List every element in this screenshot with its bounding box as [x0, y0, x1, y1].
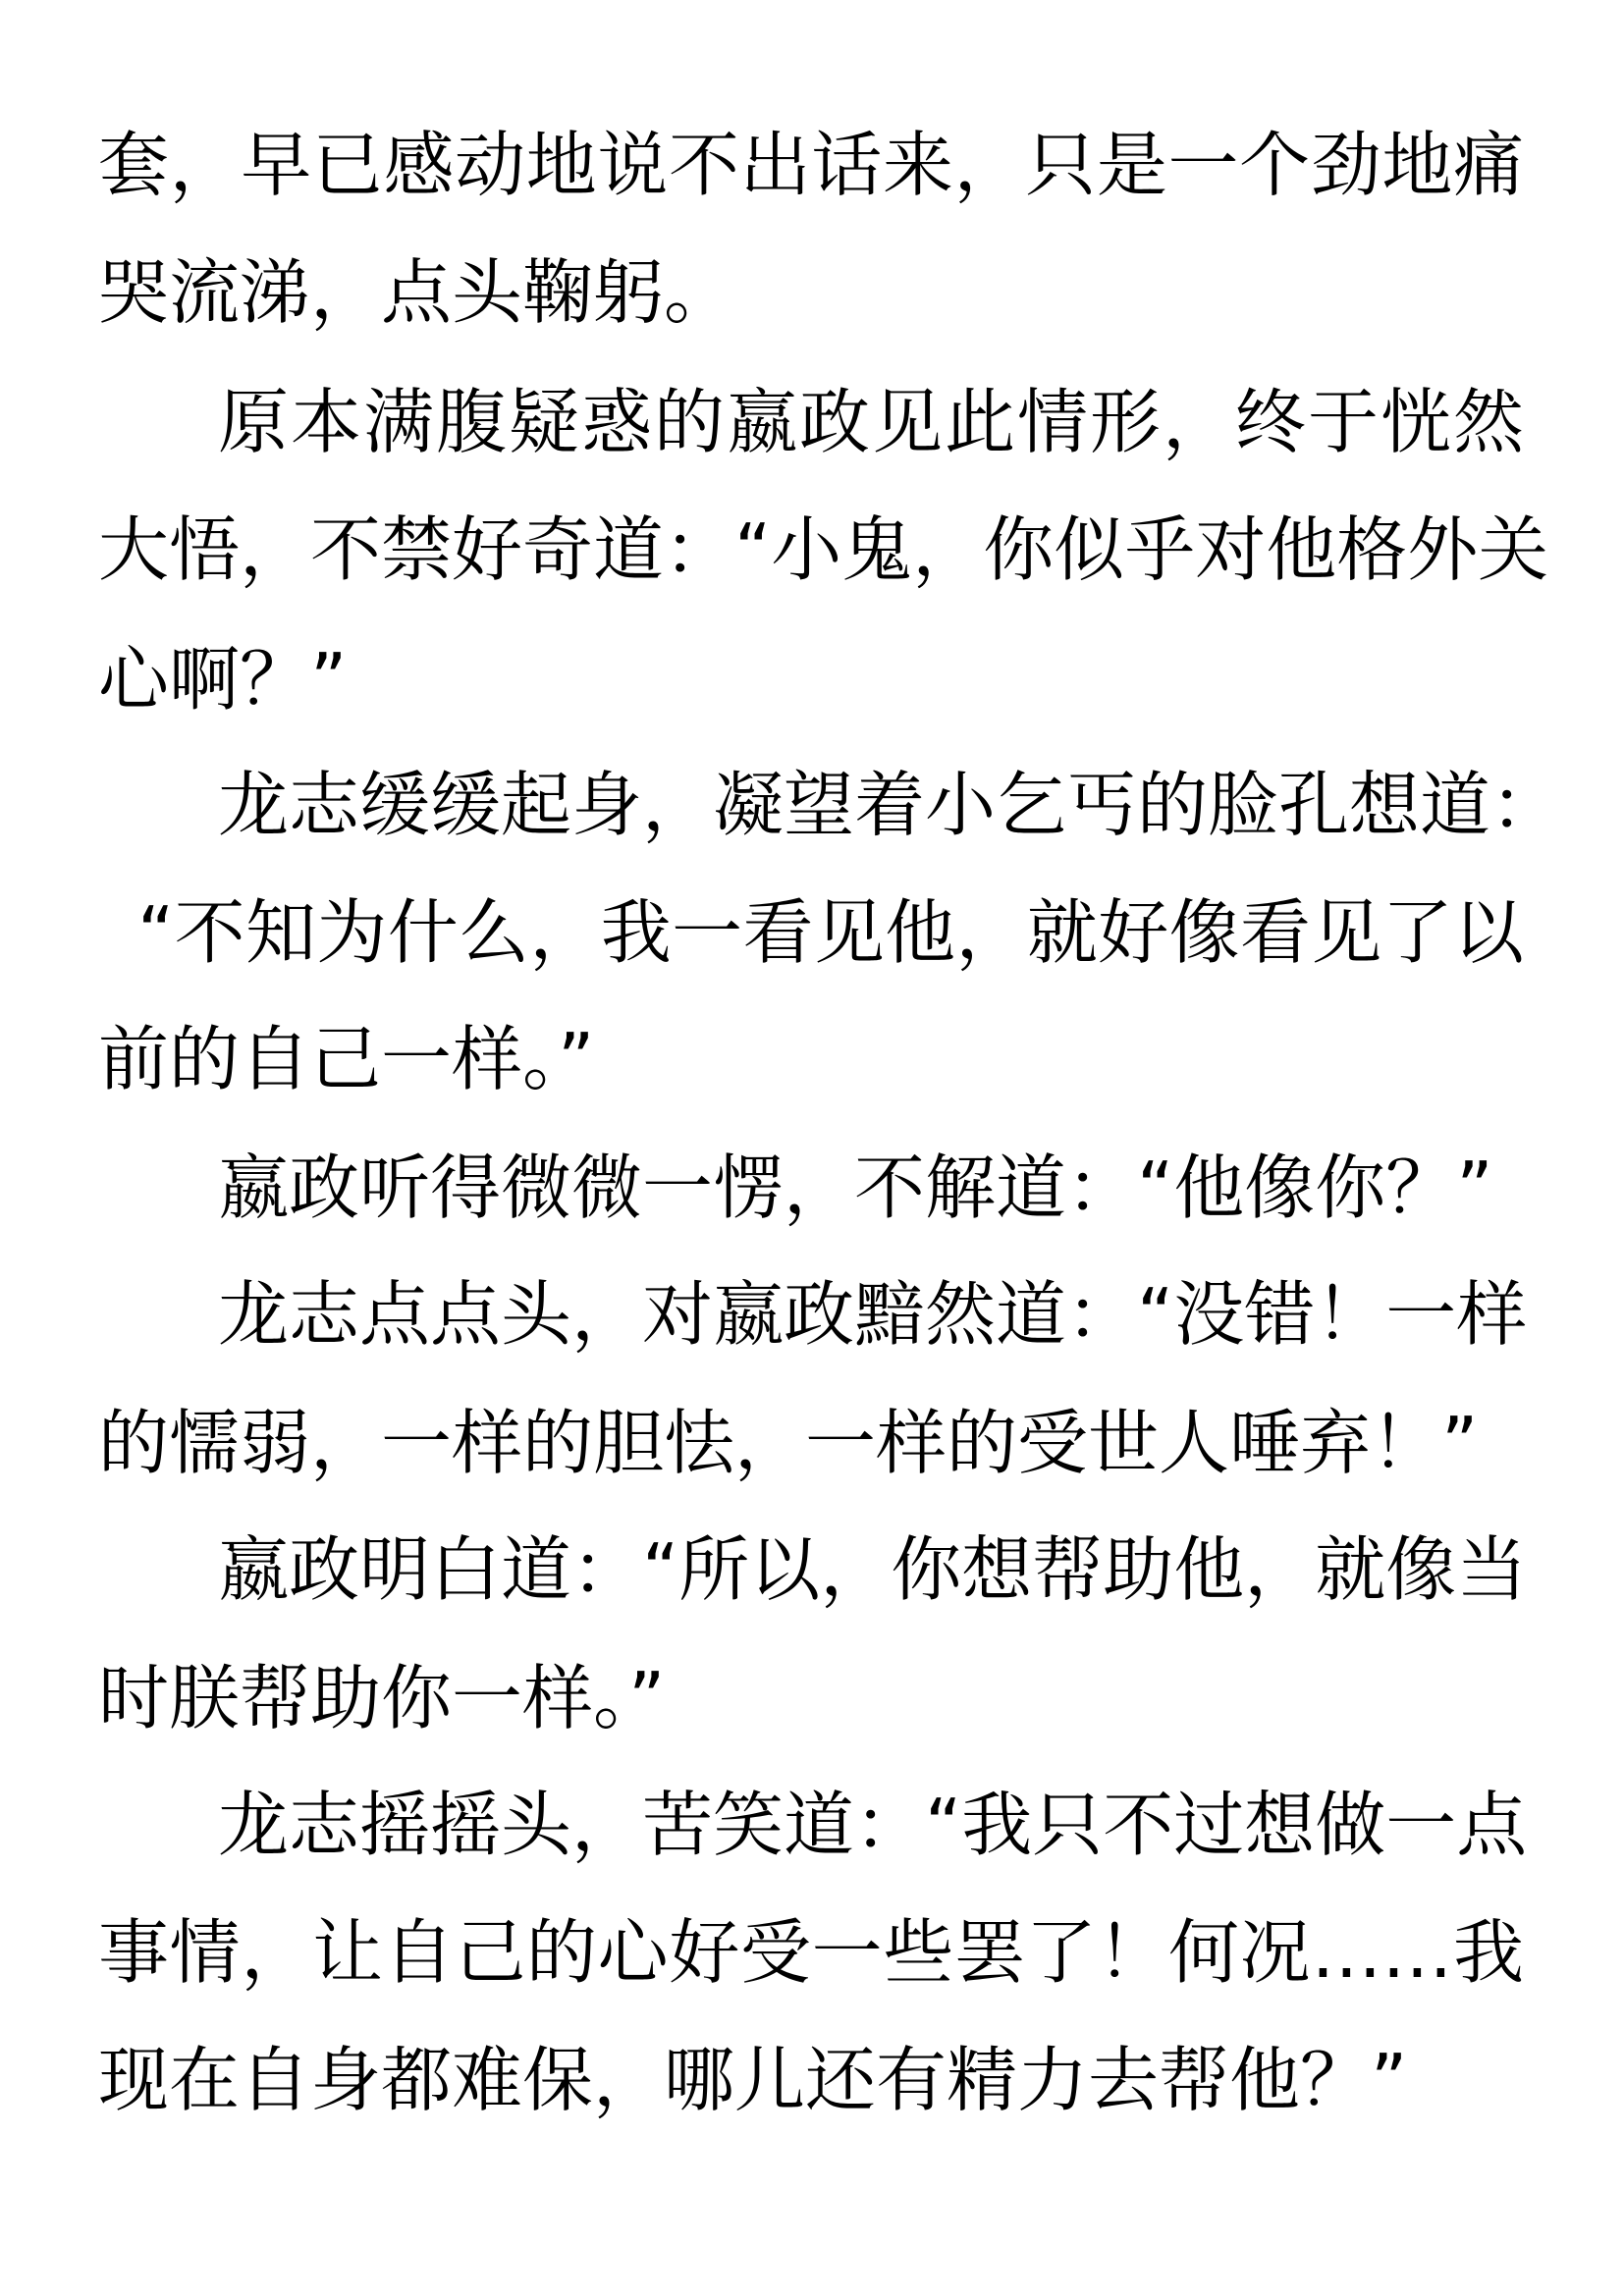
text-line: 时朕帮助你一样。”	[98, 1649, 665, 1747]
text-line: 嬴政明白道：“所以，你想帮助他，就像当	[218, 1521, 1524, 1619]
text-line: 大悟，不禁好奇道：“小鬼，你似乎对他格外关	[98, 501, 1524, 599]
text-line: 嬴政听得微微一愣，不解道：“他像你？”	[218, 1139, 1493, 1237]
document-page: 套，早已感动地说不出话来，只是一个劲地痛 哭流涕，点头鞠躬。 原本满腹疑惑的嬴政…	[0, 0, 1624, 2296]
text-line: 现在自身都难保，哪儿还有精力去帮他？”	[98, 2031, 1407, 2129]
text-line: 哭流涕，点头鞠躬。	[98, 243, 734, 342]
text-line: 原本满腹疑惑的嬴政见此情形，终于恍然	[218, 373, 1524, 471]
text-line: 龙志点点头，对嬴政黯然道：“没错！一样	[218, 1265, 1524, 1363]
text-line: 龙志缓缓起身，凝望着小乞丐的脸孔想道：	[218, 756, 1524, 854]
text-line: 套，早已感动地说不出话来，只是一个劲地痛	[98, 116, 1524, 214]
text-line: 的懦弱，一样的胆怯，一样的受世人唾弃！”	[98, 1394, 1478, 1492]
text-line: “不知为什么，我一看见他，就好像看见了以	[137, 883, 1524, 982]
text-line: 事情，让自己的心好受一些罢了！何况……我	[98, 1903, 1524, 2002]
text-line: 前的自己一样。”	[98, 1010, 594, 1108]
text-line: 心啊？”	[98, 630, 347, 728]
text-line: 龙志摇摇头，苦笑道：“我只不过想做一点	[218, 1776, 1524, 1874]
